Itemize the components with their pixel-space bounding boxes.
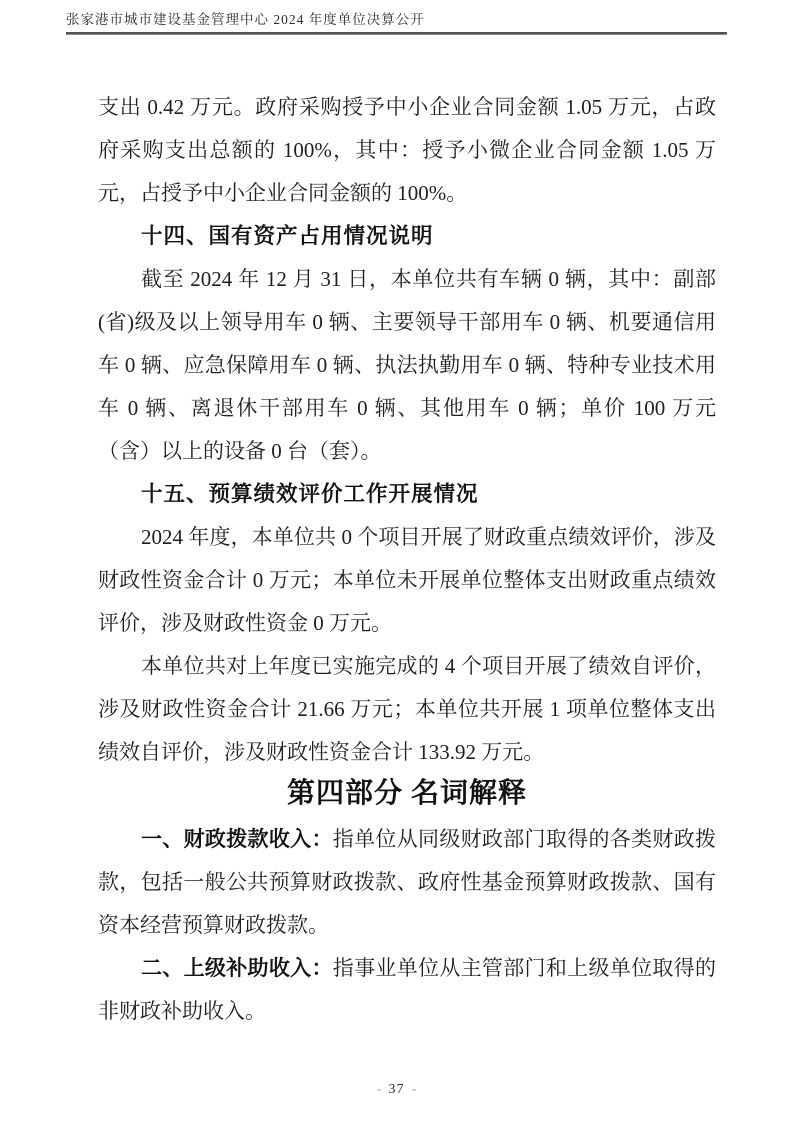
paragraph-performance-evaluation-1: 2024 年度，本单位共 0 个项目开展了财政重点绩效评价，涉及财政性资金合计 … <box>98 516 716 645</box>
term-definition-1: 一、财政拨款收入：指单位从同级财政部门取得的各类财政拨款，包括一般公共预算财政拨… <box>98 818 716 947</box>
document-page: 张家港市城市建设基金管理中心 2024 年度单位决算公开 支出 0.42 万元。… <box>0 0 793 1122</box>
header-rule-divider <box>66 32 727 35</box>
term-2-label: 二、上级补助收入： <box>141 957 333 980</box>
footer-dash-right: - <box>412 1082 417 1097</box>
section-heading-15-performance-evaluation: 十五、预算绩效评价工作开展情况 <box>98 473 716 516</box>
page-header: 张家港市城市建设基金管理中心 2024 年度单位决算公开 <box>66 10 727 35</box>
document-body: 支出 0.42 万元。政府采购授予中小企业合同金额 1.05 万元，占政府采购支… <box>98 86 716 1033</box>
footer-page-number: 37 <box>389 1082 405 1097</box>
paragraph-gov-procurement: 支出 0.42 万元。政府采购授予中小企业合同金额 1.05 万元，占政府采购支… <box>98 86 716 215</box>
header-title: 张家港市城市建设基金管理中心 2024 年度单位决算公开 <box>66 10 727 30</box>
term-1-label: 一、财政拨款收入： <box>141 828 333 851</box>
paragraph-state-assets: 截至 2024 年 12 月 31 日，本单位共有车辆 0 辆，其中：副部(省)… <box>98 258 716 473</box>
page-footer: -37- <box>0 1080 793 1100</box>
paragraph-performance-evaluation-2: 本单位共对上年度已实施完成的 4 个项目开展了绩效自评价，涉及财政性资金合计 2… <box>98 645 716 774</box>
footer-dash-left: - <box>377 1082 382 1097</box>
part4-title-glossary: 第四部分 名词解释 <box>98 774 716 814</box>
term-definition-2: 二、上级补助收入：指事业单位从主管部门和上级单位取得的非财政补助收入。 <box>98 947 716 1033</box>
section-heading-14-state-assets: 十四、国有资产占用情况说明 <box>98 215 716 258</box>
